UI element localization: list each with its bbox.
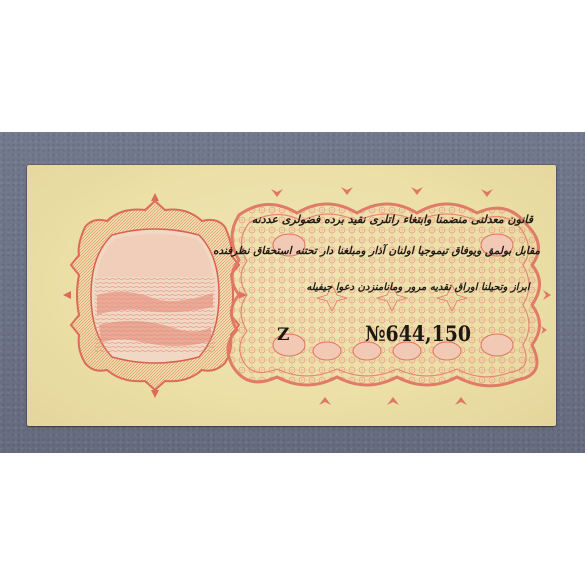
series-letter: Z [277, 325, 289, 345]
inscription-line-2: مقابل بولمق ويوفاق تيموجيا اولنان آذار و… [222, 245, 540, 257]
inscription-line-1: قانون معدلنى منضمنا وابتغاء راتلرى نقيد … [285, 213, 533, 226]
banknote: قانون معدلنى منضمنا وابتغاء راتلرى نقيد … [27, 165, 556, 426]
vignette-frame [63, 193, 247, 398]
inscription-line-3: ابراز وتحيلنا اوراق نقديه مرور ومانامنزد… [295, 282, 541, 293]
banknote-ornaments [27, 165, 556, 426]
serial-number: №644,150 [365, 321, 471, 346]
